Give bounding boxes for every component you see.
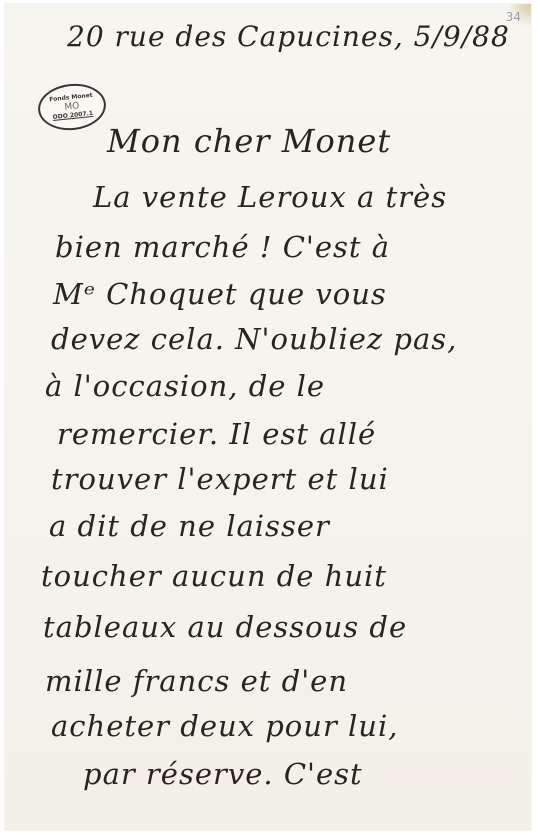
body-line: remercier. Il est allé <box>57 417 376 451</box>
date-line: 20 rue des Capucines, 5/9/88 <box>67 20 510 53</box>
body-line: devez cela. N'oubliez pas, <box>51 322 457 356</box>
body-line: Mᵉ Choquet que vous <box>53 277 387 311</box>
body-line: à l'occasion, de le <box>45 369 325 403</box>
letter-page: 34 Fonds Monet MO ODO 2007.1 20 rue des … <box>5 4 531 830</box>
body-line: trouver l'expert et lui <box>51 462 389 496</box>
stamp-bottom-text: ODO 2007.1 <box>52 110 93 122</box>
body-line: La vente Leroux a très <box>93 180 447 214</box>
body-line: par réserve. C'est <box>83 757 363 791</box>
body-line: mille francs et d'en <box>45 664 348 698</box>
body-line: toucher aucun de huit <box>41 559 387 593</box>
salutation: Mon cher Monet <box>107 122 391 160</box>
body-line: acheter deux pour lui, <box>51 709 398 743</box>
body-line: bien marché ! C'est à <box>55 230 390 264</box>
body-line: tableaux au dessous de <box>43 610 407 644</box>
body-line: a dit de ne laisser <box>49 509 330 543</box>
archive-stamp: Fonds Monet MO ODO 2007.1 <box>36 81 108 134</box>
